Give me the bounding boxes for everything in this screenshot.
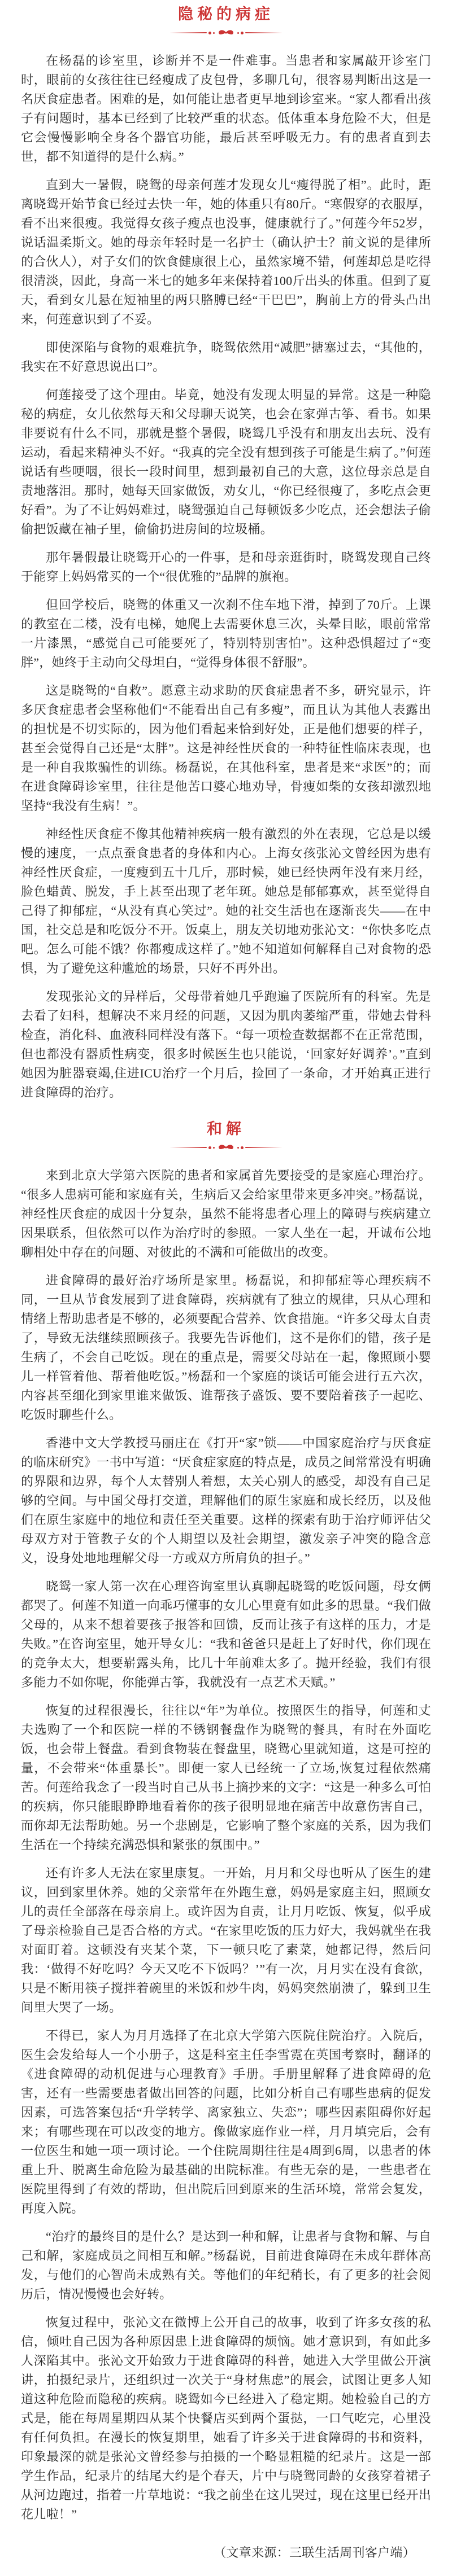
- divider-dot: [241, 32, 244, 34]
- section-divider: [169, 29, 282, 37]
- floral-flourish-icon: [216, 1144, 236, 1151]
- divider-line-right: [245, 32, 282, 33]
- paragraph: 香港中文大学教授马丽庄在《打开“家”锁——中国家庭治疗与厌食症的临床研究》一书中…: [21, 1434, 431, 1568]
- divider-line-right: [245, 1147, 282, 1148]
- section-title: 和解: [21, 1119, 431, 1139]
- paragraph: 发现张沁文的异样后，父母带着她几乎跑遍了医院所有的科室。先是去看了妇科，想解决不…: [21, 987, 431, 1102]
- divider-dot: [241, 1146, 244, 1149]
- section-title: 隐秘的病症: [21, 5, 431, 24]
- section-paragraphs: 来到北京大学第六医院的患者和家属首先要接受的是家庭心理治疗。“很多人患病可能和家…: [21, 1166, 431, 2524]
- paragraph: “治疗的最终目的是什么？是达到一种和解，让患者与食物和解、与自己和解，家庭成员之…: [21, 2227, 431, 2304]
- source-line: （文章来源：三联生活周刊客户端）: [21, 2543, 431, 2562]
- paragraph: 但回学校后，晓鸳的体重又一次刹不住车地下滑，掉到了70斤。上课的教室在二楼，没有…: [21, 595, 431, 672]
- divider-dot: [237, 1147, 239, 1149]
- paragraph: 恢复过程中，张沁文在微博上公开自己的故事，收到了许多女孩的私信，倾吐自己因为各种…: [21, 2313, 431, 2524]
- paragraph: 晓鸳一家人第一次在心理咨询室里认真聊起晓鸳的吃饭问题，母女俩都哭了。何莲不知道一…: [21, 1577, 431, 1692]
- divider-line-left: [169, 1147, 207, 1148]
- paragraph: 还有许多人无法在家里康复。一开始，月月和父母也听从了医生的建议，回到家里休养。她…: [21, 1864, 431, 2017]
- paragraph: 那年暑假最让晓鸳开心的一件事，是和母亲逛街时，晓鸳发现自己终于能穿上妈妈常买的一…: [21, 548, 431, 586]
- divider-line-left: [169, 32, 207, 33]
- paragraph: 即使深陷与食物的艰难抗争，晓鸳依然用“减肥”搪塞过去，“其他的，我实在不好意思说…: [21, 338, 431, 376]
- paragraph: 进食障碍的最好治疗场所是家里。杨磊说，和抑郁症等心理疾病不同，一旦从节食发展到了…: [21, 1271, 431, 1425]
- divider-dot: [208, 1146, 211, 1149]
- divider-dot: [213, 32, 215, 34]
- article: 隐秘的病症 在杨磊的诊室里，诊断并不是一件难事。当患者和家属敲开诊室门时，眼前的…: [0, 0, 452, 2576]
- section-divider: [169, 1144, 282, 1151]
- divider-dot: [237, 32, 239, 34]
- paragraph: 直到大一暑假，晓鸳的母亲何莲才发现女儿“瘦得脱了相”。此时，距离晓鸳开始节食已经…: [21, 176, 431, 329]
- paragraph: 在杨磊的诊室里，诊断并不是一件难事。当患者和家属敲开诊室门时，眼前的女孩往往已经…: [21, 51, 431, 167]
- paragraph: 来到北京大学第六医院的患者和家属首先要接受的是家庭心理治疗。“很多人患病可能和家…: [21, 1166, 431, 1262]
- article-sections: 隐秘的病症 在杨磊的诊室里，诊断并不是一件难事。当患者和家属敲开诊室门时，眼前的…: [21, 5, 431, 2524]
- article-section: 隐秘的病症 在杨磊的诊室里，诊断并不是一件难事。当患者和家属敲开诊室门时，眼前的…: [21, 5, 431, 1102]
- paragraph: 何莲接受了这个理由。毕竟，她没有发现太明显的异常。这是一种隐秘的病症，女儿依然每…: [21, 385, 431, 539]
- divider-dot: [213, 1147, 215, 1149]
- section-paragraphs: 在杨磊的诊室里，诊断并不是一件难事。当患者和家属敲开诊室门时，眼前的女孩往往已经…: [21, 51, 431, 1102]
- divider-dot: [208, 32, 211, 34]
- paragraph: 这是晓鸳的“自救”。愿意主动求助的厌食症患者不多，研究显示，许多厌食症患者会坚称…: [21, 681, 431, 816]
- paragraph: 恢复的过程很漫长，往往以“年”为单位。按照医生的指导，何莲和丈夫选购了一个和医院…: [21, 1701, 431, 1855]
- paragraph: 神经性厌食症不像其他精神疾病一般有激烈的外在表现，它总是以缓慢的速度，一点点蚕食…: [21, 825, 431, 978]
- article-section: 和解 来到北京大学第六医院的患者和家属首先要接受的是家庭心理治疗。“很多人患病可…: [21, 1119, 431, 2524]
- floral-flourish-icon: [216, 29, 236, 37]
- paragraph: 不得已，家人为月月选择了在北京大学第六医院住院治疗。入院后，医生会发给每人一个小…: [21, 2026, 431, 2218]
